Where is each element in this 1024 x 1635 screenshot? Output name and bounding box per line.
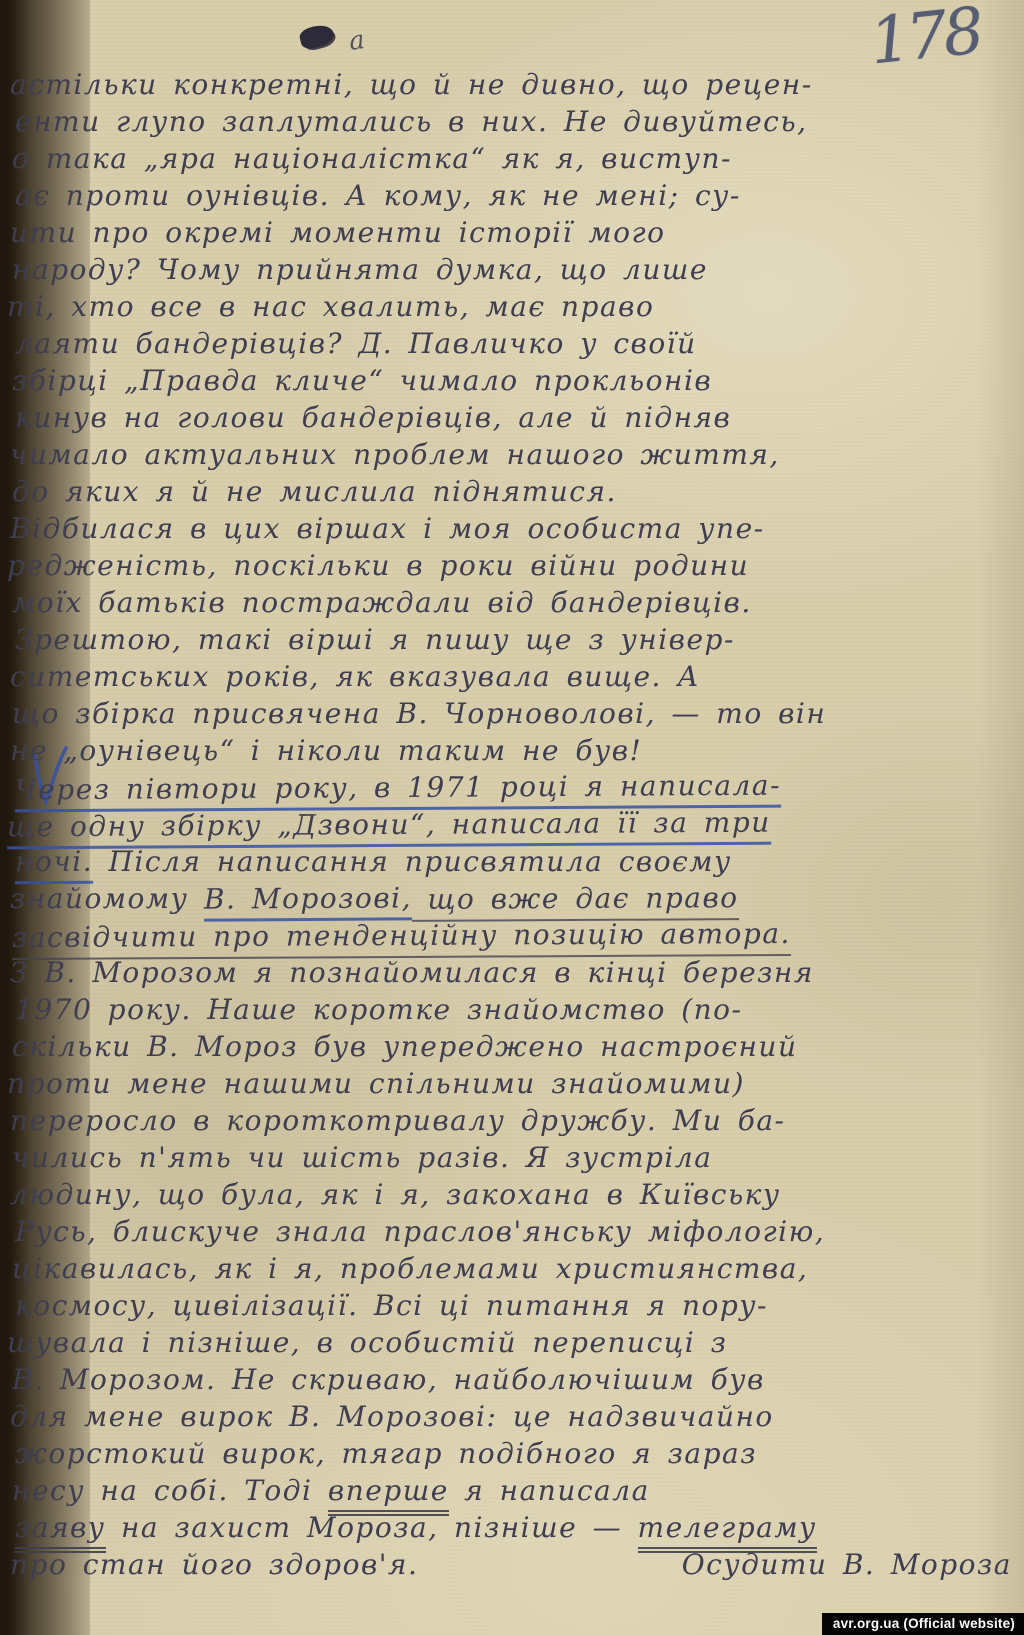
manuscript-line: ще одну збірку „Дзвони“, написала її за … [7,806,1012,843]
handwritten-text: З В. Морозом я познайомилася в кінці бер… [10,954,814,991]
manuscript-line: редженість, поскільки в роки війни родин… [7,547,1012,584]
manuscript-line: астільки конкретні, що й не дивно, що ре… [10,66,1012,103]
handwritten-text: чились п'ять чи шість разів. Я зустріла [12,1139,712,1176]
handwritten-text: народу? Чому прийнята думка, що лише [12,251,708,288]
handwritten-text: до яких я й не мислила піднятися. [12,473,617,510]
handwritten-text: Зрештою, такі вірші я пишу ще з універ- [15,621,735,658]
handwritten-text: людину, що була, як і я, закохана в Київ… [10,1176,781,1213]
handwritten-text: шувала і пізніше, в особистій переписці … [7,1324,727,1361]
handwritten-text: Русь, блискуче знала праслов'янську міфо… [15,1213,825,1250]
handwritten-text: Відбилася в цих віршах і моя особиста уп… [10,510,765,547]
manuscript-line: З В. Морозом я познайомилася в кінці бер… [10,954,1012,991]
manuscript-line: народу? Чому прийнята думка, що лише [12,251,1012,288]
manuscript-line: чимало актуальних проблем нашого життя, [10,436,1012,473]
manuscript-line: Русь, блискуче знала праслов'янську міфо… [15,1213,1012,1250]
handwritten-text: 1970 року. Наше коротке знайомство (по- [15,991,743,1028]
handwritten-text: для мене вирок В. Морозові: це надзвичай… [10,1398,774,1435]
manuscript-line: Через півтори року, в 1971 році я написа… [15,769,1012,806]
manuscript-line: цікавилась, як і я, проблемами християнс… [12,1250,1012,1287]
manuscript-page-scan: а 178 астільки конкретні, що й не дивно,… [0,0,1024,1635]
manuscript-line: космосу, цивілізації. Всі ці питання я п… [15,1287,1012,1324]
manuscript: астільки конкретні, що й не дивно, що ре… [10,66,1012,1583]
handwritten-text: цікавилась, як і я, проблемами християнс… [12,1250,808,1287]
ink-squiggle: а [347,25,367,57]
handwritten-text: редженість, поскільки в роки війни родин… [7,547,749,584]
manuscript-line: до яких я й не мислила піднятися. [12,473,1012,510]
handwritten-text: жорстокий вирок, тягар подібного я зараз [15,1435,757,1472]
ink-blot-icon [298,22,336,51]
handwritten-text: я написала [449,1472,650,1509]
handwritten-text: Осудити В. Мороза [682,1546,1012,1583]
handwritten-text: енти глупо заплутались в них. Не дивуйте… [15,103,807,140]
handwritten-text: не „оунівець“ і ніколи таким не був! [10,732,642,769]
handwritten-text: В. Морозом. Не скриваю, найболючішим був [12,1361,765,1398]
manuscript-line: ті, хто все в нас хвалить, має право [7,288,1012,325]
manuscript-line: ити про окремі моменти історії мого [10,214,1012,251]
manuscript-line: В. Морозом. Не скриваю, найболючішим був [12,1361,1012,1398]
underlined-text: ночі. [15,843,93,884]
handwritten-text: що збірка присвячена В. Чорноволові, — т… [12,695,826,732]
manuscript-line: Відбилася в цих віршах і моя особиста уп… [10,510,1012,547]
manuscript-line: засвідчити про тенденційну позицію автор… [12,917,1012,954]
manuscript-line: скільки В. Мороз був упереджено настроєн… [12,1028,1012,1065]
handwritten-text: проти мене нашими спільними знайомими) [7,1065,745,1102]
underlined-text: засвідчити про тенденційну позицію автор… [12,915,791,960]
handwritten-text: несу на собі. Тоді [12,1472,328,1509]
handwritten-text: лаяти бандерівців? Д. Павличко у своїй [15,325,697,362]
handwritten-text: ті, хто все в нас хвалить, має право [7,288,654,325]
handwritten-text: знайомому [10,880,204,917]
manuscript-line: шувала і пізніше, в особистій переписці … [7,1324,1012,1361]
underlined-text: В. Морозові, [204,879,412,921]
handwritten-text: чимало актуальних проблем нашого життя, [10,436,780,473]
manuscript-line: Зрештою, такі вірші я пишу ще з універ- [15,621,1012,658]
manuscript-line: 1970 року. Наше коротке знайомство (по- [15,991,1012,1028]
manuscript-line: о така „яра націоналістка“ як я, виступ- [12,140,1012,177]
handwritten-text: кинув на голови бандерівців, але й підня… [15,399,731,436]
manuscript-line: про стан його здоров'я.Осудити В. Мороза [10,1546,1012,1583]
handwritten-text: ає проти оунівців. А кому, як не мені; с… [15,177,741,214]
handwritten-text: Після написання присвятила своєму [93,843,732,880]
handwritten-text: ити про окремі моменти історії мого [10,214,666,251]
manuscript-line: несу на собі. Тоді вперше я написала [12,1472,1012,1509]
handwritten-text: про стан його здоров'я. [10,1546,418,1583]
handwritten-text: астільки конкретні, що й не дивно, що ре… [10,66,813,103]
manuscript-line: для мене вирок В. Морозові: це надзвичай… [10,1398,1012,1435]
manuscript-line: енти глупо заплутались в них. Не дивуйте… [15,103,1012,140]
manuscript-line: ситетських років, як вказувала вище. А [10,658,1012,695]
manuscript-line: що збірка присвячена В. Чорноволові, — т… [12,695,1012,732]
manuscript-line: ночі. Після написання присвятила своєму [15,843,1012,880]
handwritten-text: скільки В. Мороз був упереджено настроєн… [12,1028,798,1065]
handwritten-text: ситетських років, як вказувала вище. А [10,658,700,695]
manuscript-line: моїх батьків постраждали від бандерівців… [12,584,1012,621]
manuscript-line: чились п'ять чи шість разів. Я зустріла [12,1139,1012,1176]
handwritten-text: космосу, цивілізації. Всі ці питання я п… [15,1287,768,1324]
handwritten-text: на захист Мороза, пізніше — [106,1509,638,1546]
manuscript-line: знайомому В. Морозові, що вже дає право [10,880,1012,917]
manuscript-line: ає проти оунівців. А кому, як не мені; с… [15,177,1012,214]
manuscript-line: збірці „Правда кличе“ чимало прокльонів [12,362,1012,399]
underlined-text: ще одну збірку „Дзвони“, написала її за … [7,804,771,850]
manuscript-line: заяву на захист Мороза, пізніше — телегр… [15,1509,1012,1546]
manuscript-line: не „оунівець“ і ніколи таким не був! [10,732,1012,769]
manuscript-line: кинув на голови бандерівців, але й підня… [15,399,1012,436]
manuscript-line: жорстокий вирок, тягар подібного я зараз [15,1435,1012,1472]
handwritten-text: моїх батьків постраждали від бандерівців… [12,584,752,621]
handwritten-text: збірці „Правда кличе“ чимало прокльонів [12,362,712,399]
watermark-badge: avr.org.ua (Official website) [822,1613,1024,1635]
manuscript-line: переросло в короткотривалу дружбу. Ми ба… [10,1102,1012,1139]
handwritten-text: переросло в короткотривалу дружбу. Ми ба… [10,1102,786,1139]
manuscript-line: лаяти бандерівців? Д. Павличко у своїй [15,325,1012,362]
handwritten-text: о така „яра націоналістка“ як я, виступ- [12,140,732,177]
manuscript-line: людину, що була, як і я, закохана в Київ… [10,1176,1012,1213]
manuscript-line: проти мене нашими спільними знайомими) [7,1065,1012,1102]
